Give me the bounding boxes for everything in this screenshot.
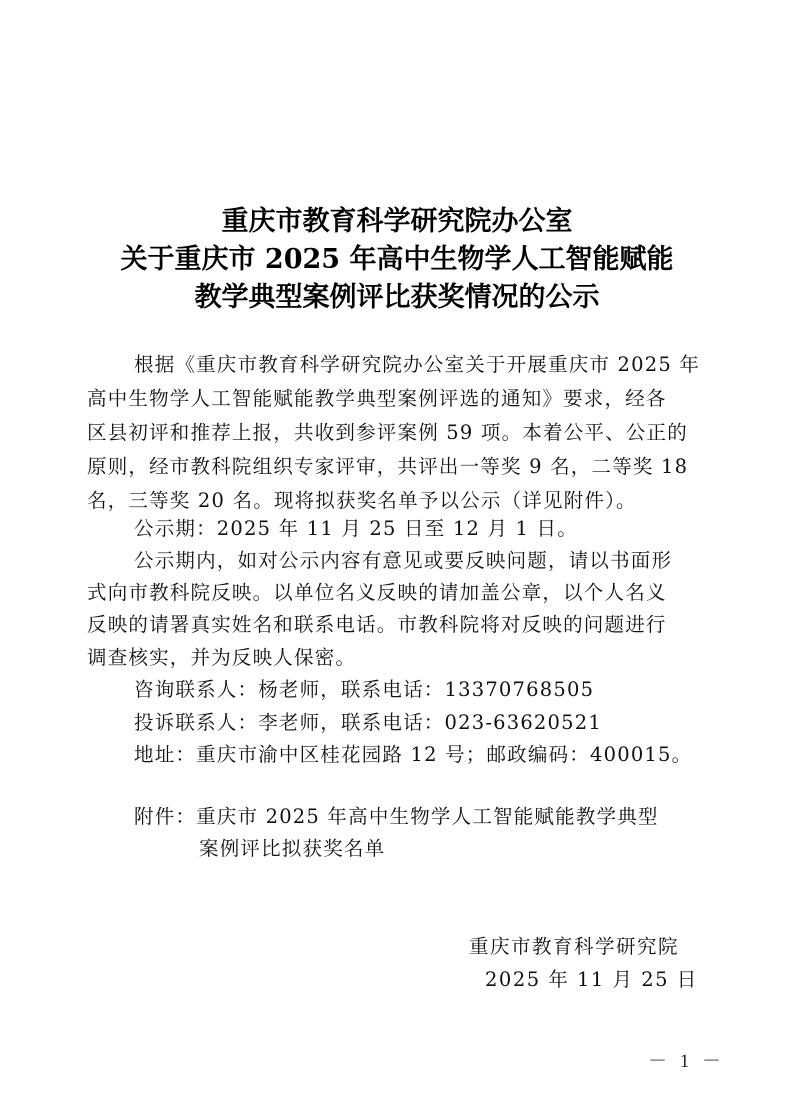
body-line: 根据《重庆市教育科学研究院办公室关于开展重庆市 2025 年: [134, 352, 774, 378]
body-line: 区县初评和推荐上报，共收到参评案例 59 项。本着公平、公正的: [87, 420, 727, 446]
body-line: 式向市教科院反映。以单位名义反映的请加盖公章，以个人名义: [87, 580, 727, 606]
body-line: 高中生物学人工智能赋能教学典型案例评选的通知》要求，经各: [87, 386, 727, 412]
publicity-period: 公示期：2025 年 11 月 25 日至 12 月 1 日。: [134, 516, 774, 542]
attachment-line-1: 附件：重庆市 2025 年高中生物学人工智能赋能教学典型: [134, 804, 774, 830]
title-line-3: 教学典型案例评比获奖情况的公示: [0, 280, 794, 316]
body-line: 调查核实，并为反映人保密。: [87, 645, 727, 671]
document-page: 重庆市教育科学研究院办公室 关于重庆市 2025 年高中生物学人工智能赋能 教学…: [0, 0, 794, 1108]
complaint-contact: 投诉联系人：李老师，联系电话：023-63620521: [134, 710, 774, 736]
signature-org: 重庆市教育科学研究院: [469, 934, 679, 960]
body-line: 名，三等奖 20 名。现将拟获奖名单予以公示（详见附件）。: [87, 488, 727, 514]
title-line-1: 重庆市教育科学研究院办公室: [0, 204, 794, 240]
title-line-2: 关于重庆市 2025 年高中生物学人工智能赋能: [0, 242, 794, 278]
body-line: 原则，经市教科院组织专家评审，共评出一等奖 9 名，二等奖 18: [87, 454, 727, 480]
signature-date: 2025 年 11 月 25 日: [485, 967, 698, 993]
attachment-line-2: 案例评比拟获奖名单: [199, 836, 794, 862]
inquiry-contact: 咨询联系人：杨老师，联系电话：13370768505: [134, 677, 774, 703]
page-number: － 1 －: [648, 1046, 725, 1073]
body-line: 公示期内，如对公示内容有意见或要反映问题，请以书面形: [134, 548, 774, 574]
body-line: 反映的请署真实姓名和联系电话。市教科院将对反映的问题进行: [87, 612, 727, 638]
address-line: 地址：重庆市渝中区桂花园路 12 号；邮政编码：400015。: [134, 742, 774, 768]
